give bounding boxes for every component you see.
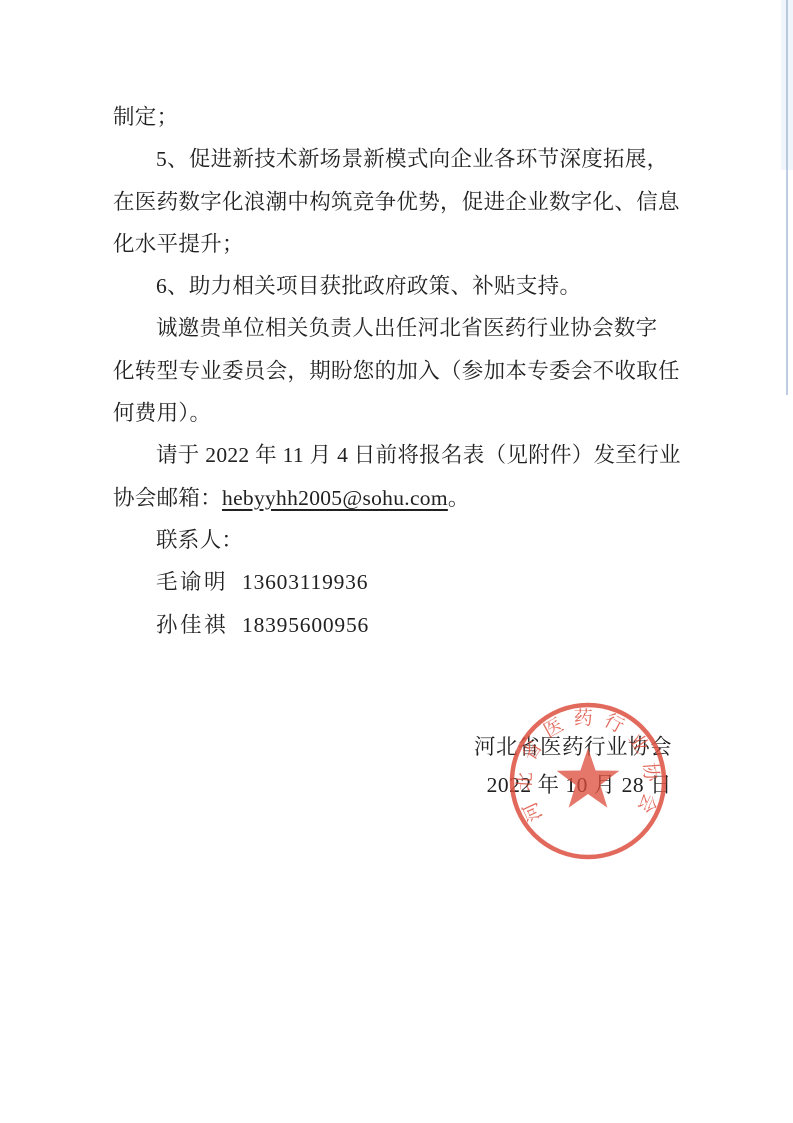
contact-row: 毛谕明13603119936	[113, 561, 691, 603]
email-label: 协会邮箱：	[113, 486, 222, 510]
email-address: hebyyhh2005@sohu.com	[222, 486, 448, 510]
document-page: 制定； 5、促进新技术新场景新模式向企业各环节深度拓展， 在医药数字化浪潮中构筑…	[0, 0, 793, 1123]
body-line: 何费用）。	[113, 392, 691, 434]
scan-edge-line	[786, 0, 788, 395]
contact-name: 毛谕明	[156, 570, 228, 594]
email-line: 协会邮箱：hebyyhh2005@sohu.com。	[113, 477, 691, 519]
contact-phone: 13603119936	[242, 570, 368, 594]
signature-block: 河北省医药行业协会 2022 年 10 月 28 日	[474, 736, 672, 797]
body-line: 化转型专业委员会，期盼您的加入（参加本专委会不收取任	[113, 350, 691, 392]
body-line: 诚邀贵单位相关负责人出任河北省医药行业协会数字	[113, 307, 691, 349]
body-line: 6、助力相关项目获批政府政策、补贴支持。	[113, 265, 691, 307]
contact-row: 孙佳祺18395600956	[113, 604, 691, 646]
body-line: 制定；	[113, 96, 691, 138]
contact-phone: 18395600956	[242, 613, 369, 637]
body-line: 请于 2022 年 11 月 4 日前将报名表（见附件）发至行业	[113, 434, 691, 476]
document-body: 制定； 5、促进新技术新场景新模式向企业各环节深度拓展， 在医药数字化浪潮中构筑…	[113, 96, 691, 646]
contact-name: 孙佳祺	[156, 613, 228, 637]
email-line-suffix: 。	[448, 486, 470, 510]
body-line: 5、促进新技术新场景新模式向企业各环节深度拓展，	[113, 138, 691, 180]
signature-org: 河北省医药行业协会	[474, 736, 672, 759]
signature-date: 2022 年 10 月 28 日	[474, 774, 672, 797]
body-line: 化水平提升；	[113, 223, 691, 265]
contacts-label: 联系人：	[113, 519, 691, 561]
body-line: 在医药数字化浪潮中构筑竞争优势，促进企业数字化、信息	[113, 181, 691, 223]
